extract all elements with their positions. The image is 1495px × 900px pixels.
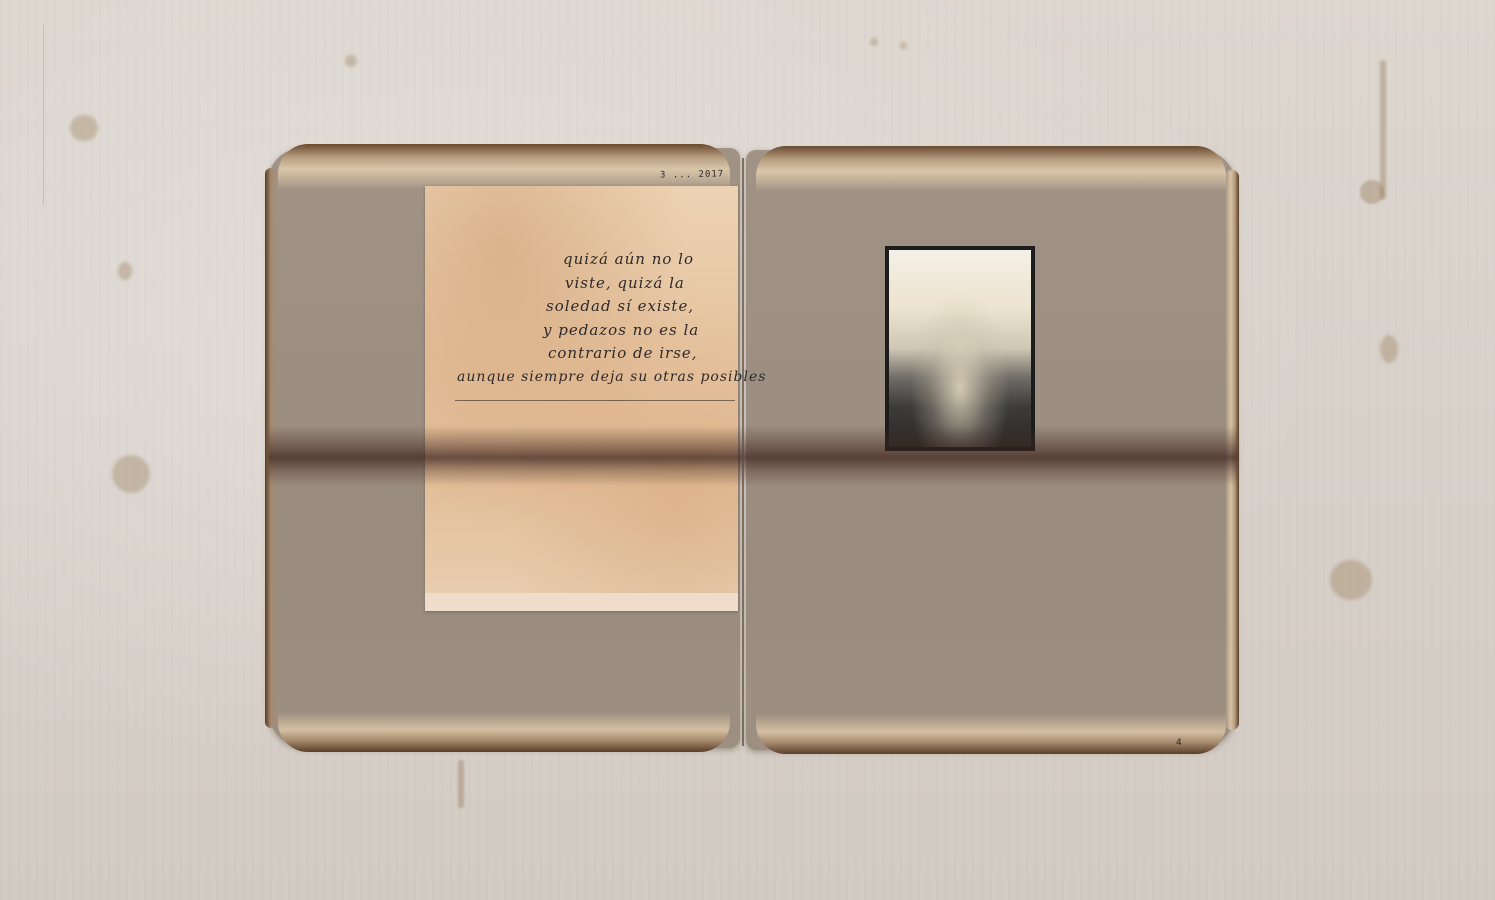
- wall-stain: [1330, 560, 1372, 600]
- wall-stain: [870, 38, 878, 46]
- note-line: y pedazos no es la: [453, 319, 738, 343]
- date-stamp: 3 ... 2017: [660, 169, 724, 180]
- wall-drip: [1360, 180, 1384, 204]
- wall-stain: [345, 55, 357, 67]
- wall-stain: [900, 42, 907, 49]
- wall-stain: [70, 115, 98, 141]
- note-line: soledad sí existe,: [453, 295, 738, 319]
- torn-edge-top: [756, 146, 1226, 192]
- wall-stain: [1380, 335, 1398, 363]
- torn-edge-side: [265, 168, 277, 728]
- wall-scratch: [43, 25, 44, 205]
- wall-stain: [118, 262, 132, 280]
- torn-edge-top: [278, 144, 730, 190]
- handwritten-note: quizá aún no lo viste, quizá la soledad …: [453, 248, 738, 389]
- landscape-photo-print: [885, 246, 1035, 451]
- note-line: quizá aún no lo: [453, 248, 738, 272]
- book-spine: [742, 158, 744, 746]
- page-number: 4: [1176, 738, 1182, 748]
- handwritten-note-card: quizá aún no lo viste, quizá la soledad …: [425, 186, 738, 611]
- torn-edge-bottom: [278, 712, 730, 752]
- photo-image: [889, 250, 1031, 447]
- note-line: viste, quizá la: [453, 272, 738, 296]
- torn-edge-bottom: [756, 714, 1226, 754]
- wall-drip: [1380, 60, 1386, 200]
- open-book: quizá aún no lo viste, quizá la soledad …: [268, 148, 1238, 758]
- note-line: aunque siempre deja su otras posibles: [453, 366, 738, 390]
- wall-drip: [458, 760, 464, 808]
- torn-edge-side: [1225, 170, 1239, 730]
- note-line: contrario de irse,: [453, 342, 738, 366]
- wall-stain: [112, 455, 150, 493]
- ink-underline: [455, 400, 735, 401]
